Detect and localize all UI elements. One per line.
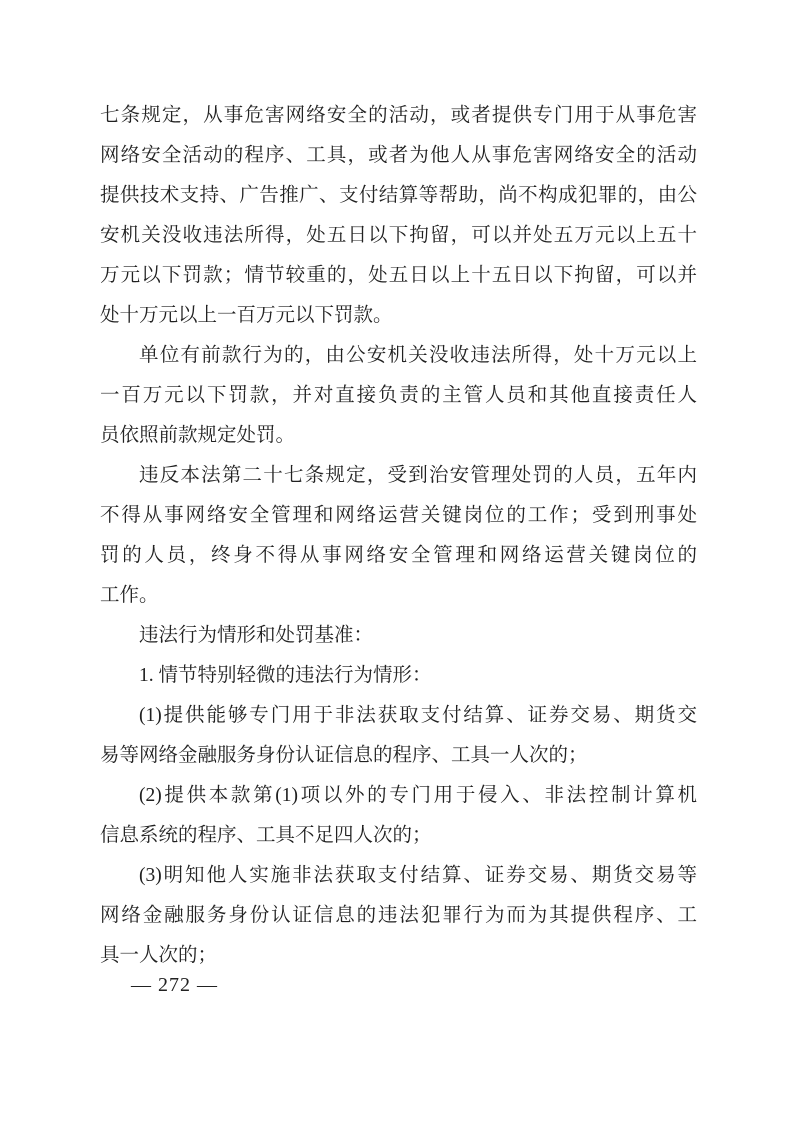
text-line: 员依照前款规定处罚。 — [100, 416, 697, 456]
text-line: 单位有前款行为的，由公安机关没收违法所得，处十万元以上 — [100, 336, 697, 376]
text-line: 违法行为情形和处罚基准： — [100, 616, 697, 656]
text-line: 信息系统的程序、工具不足四人次的； — [100, 816, 697, 856]
text-line: (2)提供本款第(1)项以外的专门用于侵入、非法控制计算机 — [100, 776, 697, 816]
paragraph: (1)提供能够专门用于非法获取支付结算、证券交易、期货交易等网络金融服务身份认证… — [100, 696, 697, 776]
text-line: 万元以下罚款；情节较重的，处五日以上十五日以下拘留，可以并 — [100, 256, 697, 296]
paragraph: 七条规定，从事危害网络安全的活动，或者提供专门用于从事危害网络安全活动的程序、工… — [100, 96, 697, 336]
text-line: (1)提供能够专门用于非法获取支付结算、证券交易、期货交 — [100, 696, 697, 736]
paragraph: 单位有前款行为的，由公安机关没收违法所得，处十万元以上一百万元以下罚款，并对直接… — [100, 336, 697, 456]
text-line: 七条规定，从事危害网络安全的活动，或者提供专门用于从事危害 — [100, 96, 697, 136]
paragraph: (3)明知他人实施非法获取支付结算、证券交易、期货交易等网络金融服务身份认证信息… — [100, 856, 697, 976]
paragraph: (2)提供本款第(1)项以外的专门用于侵入、非法控制计算机信息系统的程序、工具不… — [100, 776, 697, 856]
text-line: 违反本法第二十七条规定，受到治安管理处罚的人员，五年内 — [100, 456, 697, 496]
text-line: 处十万元以上一百万元以下罚款。 — [100, 296, 697, 336]
text-line: 网络金融服务身份认证信息的违法犯罪行为而为其提供程序、工 — [100, 896, 697, 936]
paragraph: 违反本法第二十七条规定，受到治安管理处罚的人员，五年内不得从事网络安全管理和网络… — [100, 456, 697, 616]
paragraph: 1. 情节特别轻微的违法行为情形： — [100, 656, 697, 696]
text-line: 1. 情节特别轻微的违法行为情形： — [100, 656, 697, 696]
text-line: (3)明知他人实施非法获取支付结算、证券交易、期货交易等 — [100, 856, 697, 896]
document-body: 七条规定，从事危害网络安全的活动，或者提供专门用于从事危害网络安全活动的程序、工… — [100, 96, 697, 976]
paragraph: 违法行为情形和处罚基准： — [100, 616, 697, 656]
text-line: 一百万元以下罚款，并对直接负责的主管人员和其他直接责任人 — [100, 376, 697, 416]
text-line: 不得从事网络安全管理和网络运营关键岗位的工作；受到刑事处 — [100, 496, 697, 536]
text-line: 易等网络金融服务身份认证信息的程序、工具一人次的； — [100, 736, 697, 776]
text-line: 罚的人员，终身不得从事网络安全管理和网络运营关键岗位的 — [100, 536, 697, 576]
text-line: 安机关没收违法所得，处五日以下拘留，可以并处五万元以上五十 — [100, 216, 697, 256]
text-line: 提供技术支持、广告推广、支付结算等帮助，尚不构成犯罪的，由公 — [100, 176, 697, 216]
document-page: 七条规定，从事危害网络安全的活动，或者提供专门用于从事危害网络安全活动的程序、工… — [0, 0, 793, 1122]
text-line: 网络安全活动的程序、工具，或者为他人从事危害网络安全的活动 — [100, 136, 697, 176]
text-line: 工作。 — [100, 576, 697, 616]
page-number: — 272 — — [131, 970, 218, 1000]
